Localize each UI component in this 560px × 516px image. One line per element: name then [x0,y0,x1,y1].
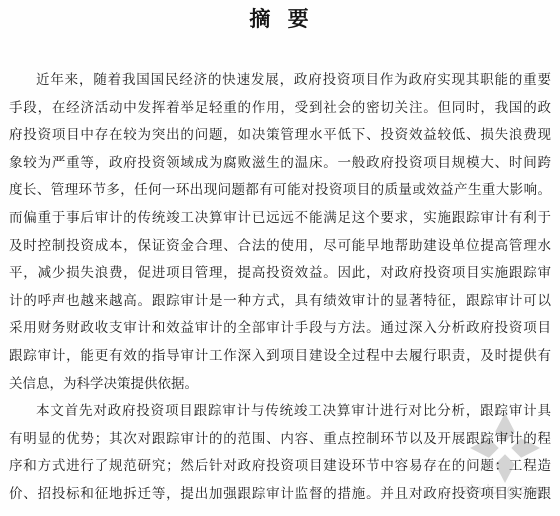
text-line: 平，减少损失浪费，促进项目管理，提高投资效益。因此，对政府投资项目实施跟踪审 [9,259,551,287]
text-line: 价、招投标和征地拆迁等，提出加强跟踪审计监督的措施。并且对政府投资项目实施跟 [9,480,551,508]
text-line: 度长、管理环节多，任何一环出现问题都有可能对投资项目的质量或效益产生重大影响。 [9,176,551,204]
text-line: 采用财务财政收支审计和效益审计的全部审计手段与方法。通过深入分析政府投资项目 [9,314,551,342]
text-line: 关信息，为科学决策提供依据。 [9,370,551,398]
text-line: 象较为严重等，政府投资领域成为腐败滋生的温床。一般政府投资项目规模大、时间跨 [9,149,551,177]
text-line: 手段，在经济活动中发挥着举足轻重的作用，受到社会的密切关注。但同时，我国的政 [9,94,551,122]
text-line: 序和方式进行了规范研究；然后针对政府投资项目建设环节中容易存在的问题：工程造 [9,452,551,480]
text-line: 及时控制投资成本，保证资金合理、合法的使用，尽可能早地帮助建设单位提高管理水 [9,232,551,260]
abstract-page: zhulong.com 摘 要 近年来，随着我国国民经济的快速发展，政府投资项目… [0,0,560,516]
text-line: 而偏重于事后审计的传统竣工决算审计已远远不能满足这个要求，实施跟踪审计有利于 [9,204,551,232]
text-line: 计的呼声也越来越高。跟踪审计是一种方式，具有绩效审计的显著特征，跟踪审计可以 [9,287,551,315]
text-line: 府投资项目中存在较为突出的问题，如决策管理水平低下、投资效益较低、损失浪费现 [9,121,551,149]
page-title: 摘 要 [0,4,560,34]
text-line: 近年来，随着我国国民经济的快速发展，政府投资项目作为政府实现其职能的重要 [9,66,551,94]
abstract-body: 近年来，随着我国国民经济的快速发展，政府投资项目作为政府实现其职能的重要手段，在… [9,66,551,508]
text-line: 跟踪审计，能更有效的指导审计工作深入到项目建设全过程中去履行职责，及时提供有 [9,342,551,370]
text-line: 有明显的优势；其次对跟踪审计的的范围、内容、重点控制环节以及开展跟踪审计的程 [9,425,551,453]
text-line: 本文首先对政府投资项目跟踪审计与传统竣工决算审计进行对比分析，跟踪审计具 [9,397,551,425]
